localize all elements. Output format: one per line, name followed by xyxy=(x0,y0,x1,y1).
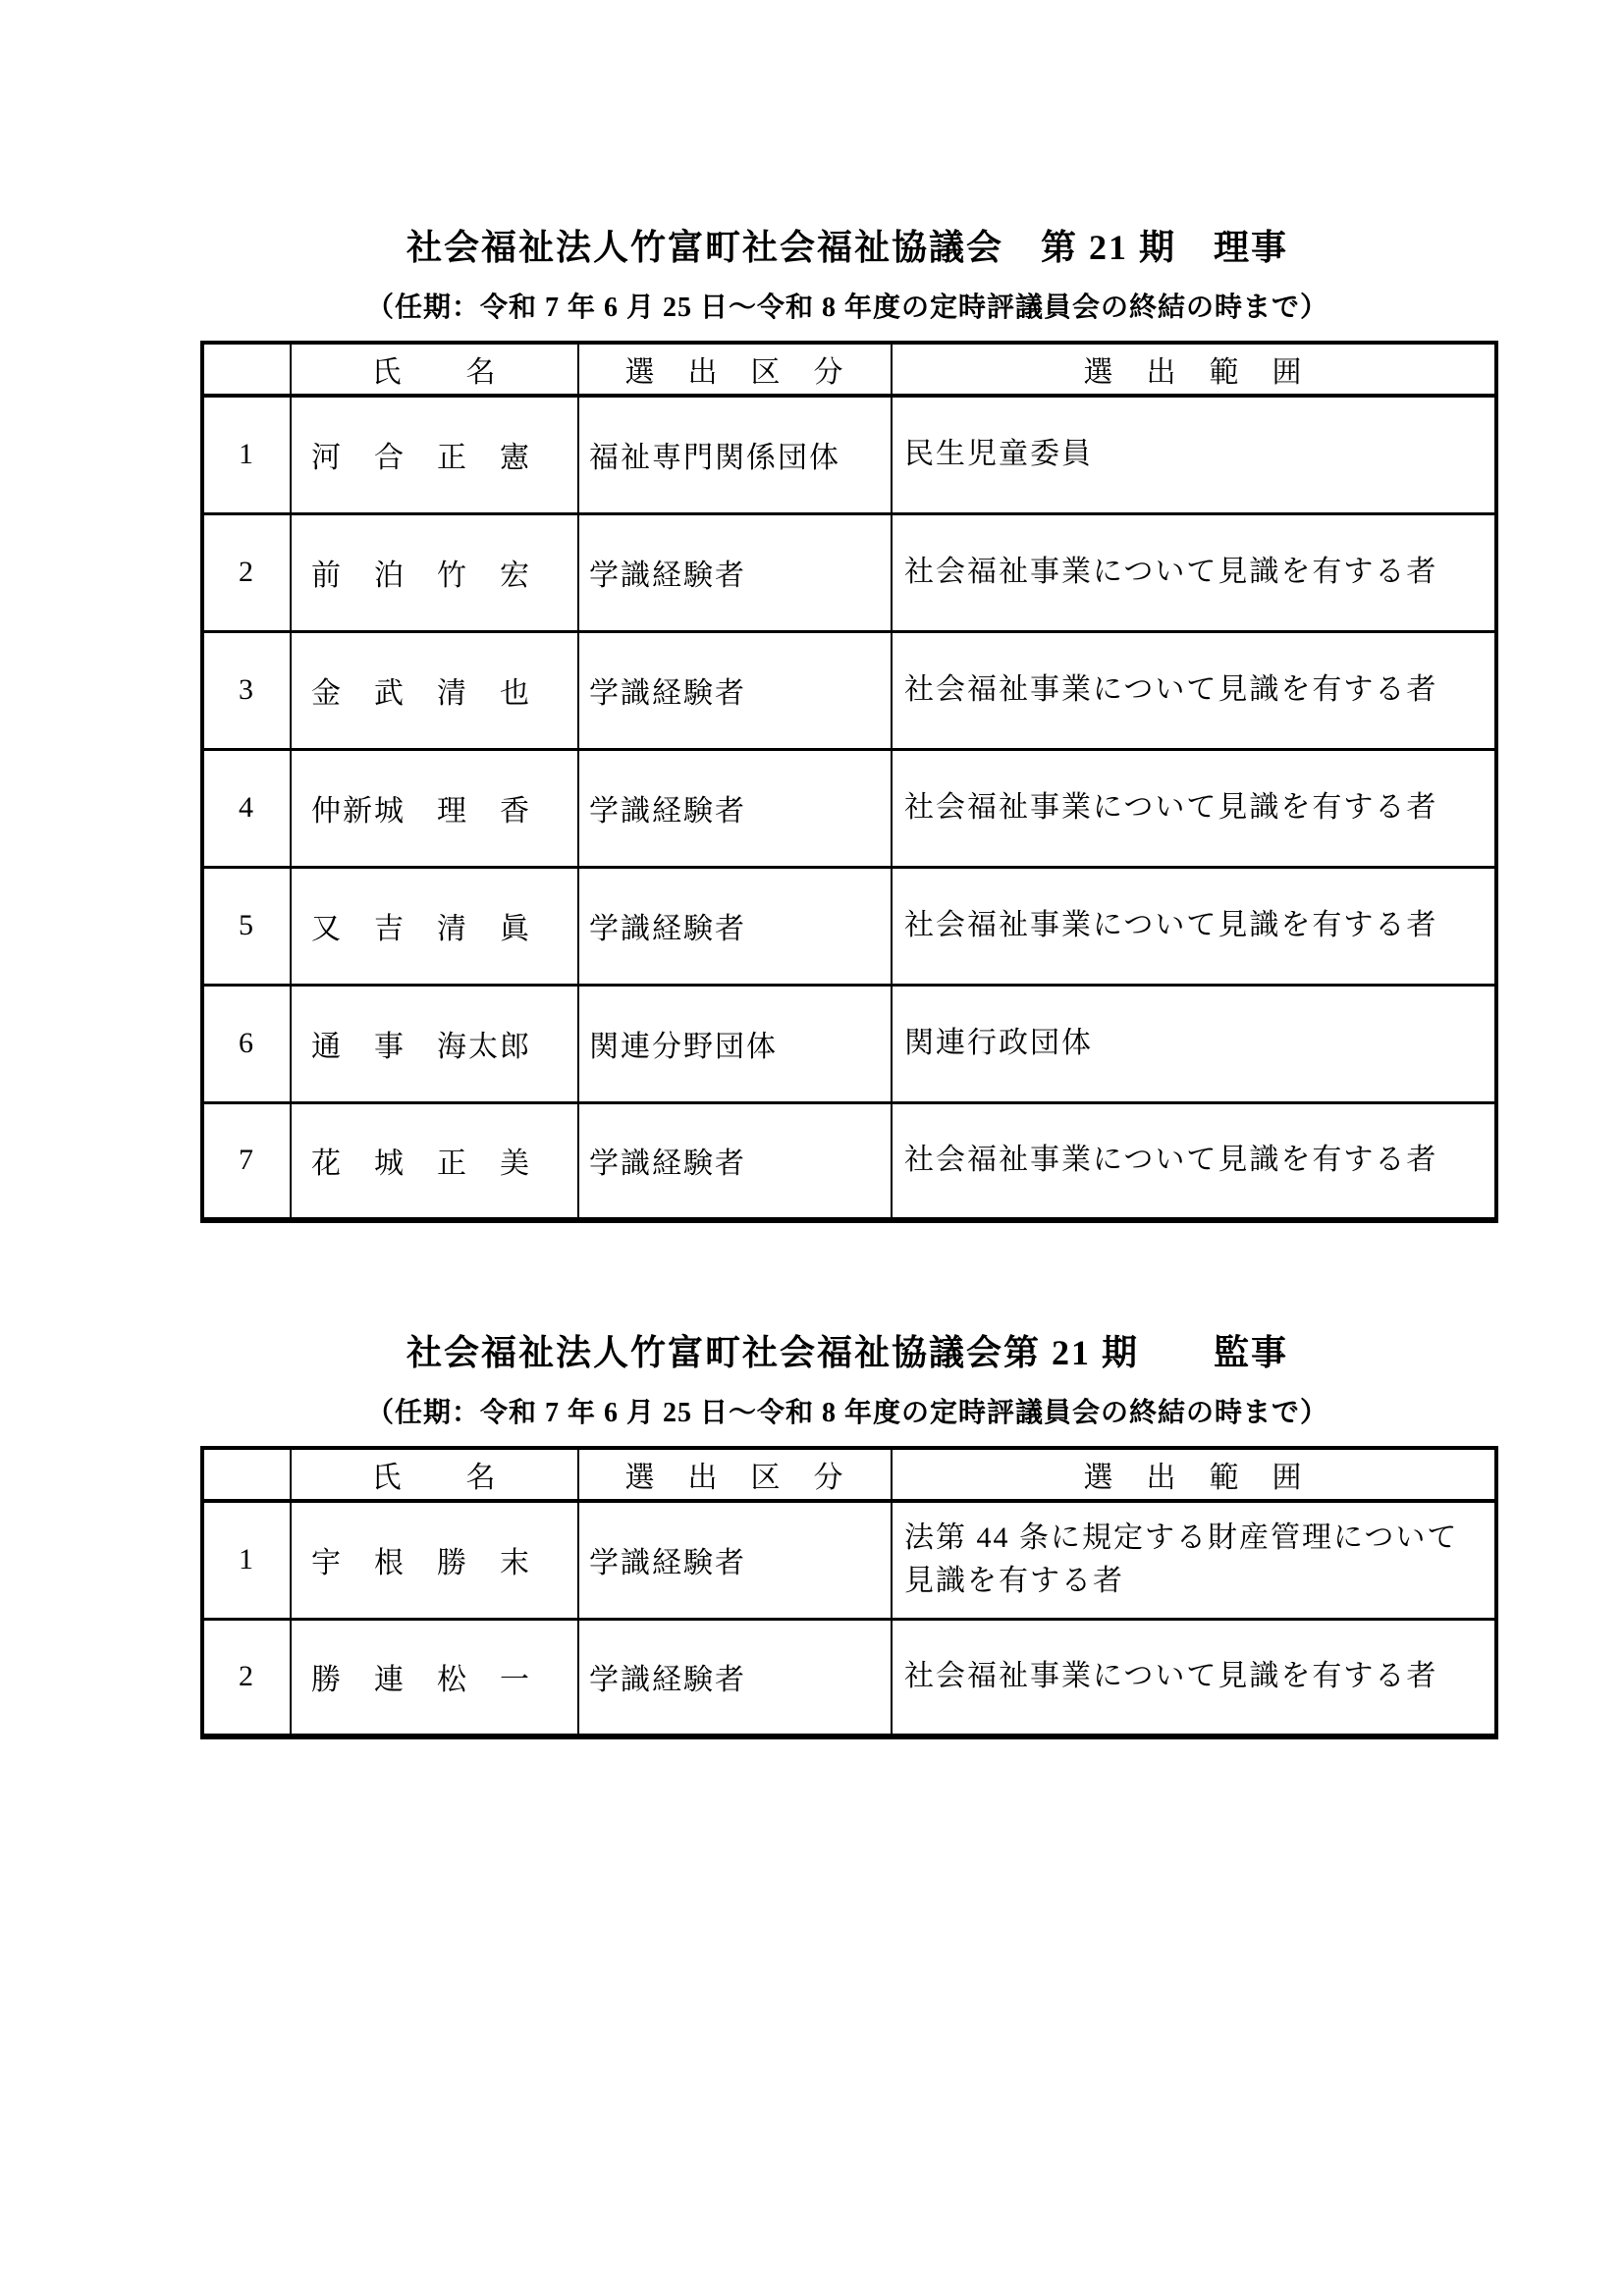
table-row: 1宇 根 勝 末学識経験者法第 44 条に規定する財産管理について 見識を有する… xyxy=(202,1501,1496,1619)
cell-no: 1 xyxy=(202,396,291,513)
table-title: 社会福祉法人竹富町社会福祉協議会第 21 期 監事 xyxy=(200,1331,1494,1375)
header-no xyxy=(202,343,291,396)
cell-scope: 民生児童委員 xyxy=(892,396,1496,513)
cell-name: 河 合 正 憲 xyxy=(291,396,578,513)
cell-name: 通 事 海太郎 xyxy=(291,985,578,1102)
header-no xyxy=(202,1448,291,1501)
table-row: 5又 吉 清 眞学識経験者社会福祉事業について見識を有する者 xyxy=(202,867,1496,985)
cell-name: 仲新城 理 香 xyxy=(291,749,578,867)
cell-no: 2 xyxy=(202,513,291,631)
cell-name: 勝 連 松 一 xyxy=(291,1619,578,1736)
cell-name: 前 泊 竹 宏 xyxy=(291,513,578,631)
term-note: （任期：令和 7 年 6 月 25 日～令和 8 年度の定時評議員会の終結の時ま… xyxy=(200,290,1494,327)
header-scope: 選 出 範 囲 xyxy=(892,1448,1496,1501)
cell-category: 学識経験者 xyxy=(578,1619,892,1736)
cell-category: 学識経験者 xyxy=(578,749,892,867)
auditors-table: 氏 名 選 出 区 分 選 出 範 囲 1宇 根 勝 末学識経験者法第 44 条… xyxy=(200,1446,1498,1739)
header-row: 氏 名 選 出 区 分 選 出 範 囲 xyxy=(202,343,1496,396)
table-row: 4仲新城 理 香学識経験者社会福祉事業について見識を有する者 xyxy=(202,749,1496,867)
cell-scope: 法第 44 条に規定する財産管理について 見識を有する者 xyxy=(892,1501,1496,1619)
page-content: 社会福祉法人竹富町社会福祉協議会 第 21 期 理事 （任期：令和 7 年 6 … xyxy=(200,226,1494,1739)
cell-no: 4 xyxy=(202,749,291,867)
cell-no: 6 xyxy=(202,985,291,1102)
cell-category: 学識経験者 xyxy=(578,631,892,749)
cell-scope: 社会福祉事業について見識を有する者 xyxy=(892,749,1496,867)
term-note: （任期：令和 7 年 6 月 25 日～令和 8 年度の定時評議員会の終結の時ま… xyxy=(200,1395,1494,1432)
table-title: 社会福祉法人竹富町社会福祉協議会 第 21 期 理事 xyxy=(200,226,1494,270)
cell-category: 学識経験者 xyxy=(578,867,892,985)
cell-no: 7 xyxy=(202,1102,291,1220)
auditors-section: 社会福祉法人竹富町社会福祉協議会第 21 期 監事 （任期：令和 7 年 6 月… xyxy=(200,1331,1494,1739)
cell-name: 宇 根 勝 末 xyxy=(291,1501,578,1619)
table-row: 3金 武 清 也学識経験者社会福祉事業について見識を有する者 xyxy=(202,631,1496,749)
table-row: 7花 城 正 美学識経験者社会福祉事業について見識を有する者 xyxy=(202,1102,1496,1220)
header-scope: 選 出 範 囲 xyxy=(892,343,1496,396)
cell-no: 1 xyxy=(202,1501,291,1619)
cell-scope: 社会福祉事業について見識を有する者 xyxy=(892,1102,1496,1220)
header-name: 氏 名 xyxy=(291,343,578,396)
cell-scope: 社会福祉事業について見識を有する者 xyxy=(892,631,1496,749)
table-row: 2前 泊 竹 宏学識経験者社会福祉事業について見識を有する者 xyxy=(202,513,1496,631)
cell-name: 金 武 清 也 xyxy=(291,631,578,749)
cell-name: 花 城 正 美 xyxy=(291,1102,578,1220)
cell-scope: 社会福祉事業について見識を有する者 xyxy=(892,867,1496,985)
cell-no: 3 xyxy=(202,631,291,749)
directors-section: 社会福祉法人竹富町社会福祉協議会 第 21 期 理事 （任期：令和 7 年 6 … xyxy=(200,226,1494,1223)
cell-scope: 社会福祉事業について見識を有する者 xyxy=(892,513,1496,631)
cell-category: 福祉専門関係団体 xyxy=(578,396,892,513)
header-row: 氏 名 選 出 区 分 選 出 範 囲 xyxy=(202,1448,1496,1501)
directors-table: 氏 名 選 出 区 分 選 出 範 囲 1河 合 正 憲福祉専門関係団体民生児童… xyxy=(200,341,1498,1223)
table-row: 2勝 連 松 一学識経験者社会福祉事業について見識を有する者 xyxy=(202,1619,1496,1736)
header-category: 選 出 区 分 xyxy=(578,1448,892,1501)
table-row: 6通 事 海太郎関連分野団体関連行政団体 xyxy=(202,985,1496,1102)
cell-scope: 関連行政団体 xyxy=(892,985,1496,1102)
cell-category: 学識経験者 xyxy=(578,1102,892,1220)
cell-no: 2 xyxy=(202,1619,291,1736)
cell-category: 学識経験者 xyxy=(578,1501,892,1619)
cell-scope: 社会福祉事業について見識を有する者 xyxy=(892,1619,1496,1736)
document-page: 社会福祉法人竹富町社会福祉協議会 第 21 期 理事 （任期：令和 7 年 6 … xyxy=(0,0,1624,2296)
cell-no: 5 xyxy=(202,867,291,985)
cell-name: 又 吉 清 眞 xyxy=(291,867,578,985)
header-category: 選 出 区 分 xyxy=(578,343,892,396)
table-row: 1河 合 正 憲福祉専門関係団体民生児童委員 xyxy=(202,396,1496,513)
header-name: 氏 名 xyxy=(291,1448,578,1501)
cell-category: 学識経験者 xyxy=(578,513,892,631)
cell-category: 関連分野団体 xyxy=(578,985,892,1102)
